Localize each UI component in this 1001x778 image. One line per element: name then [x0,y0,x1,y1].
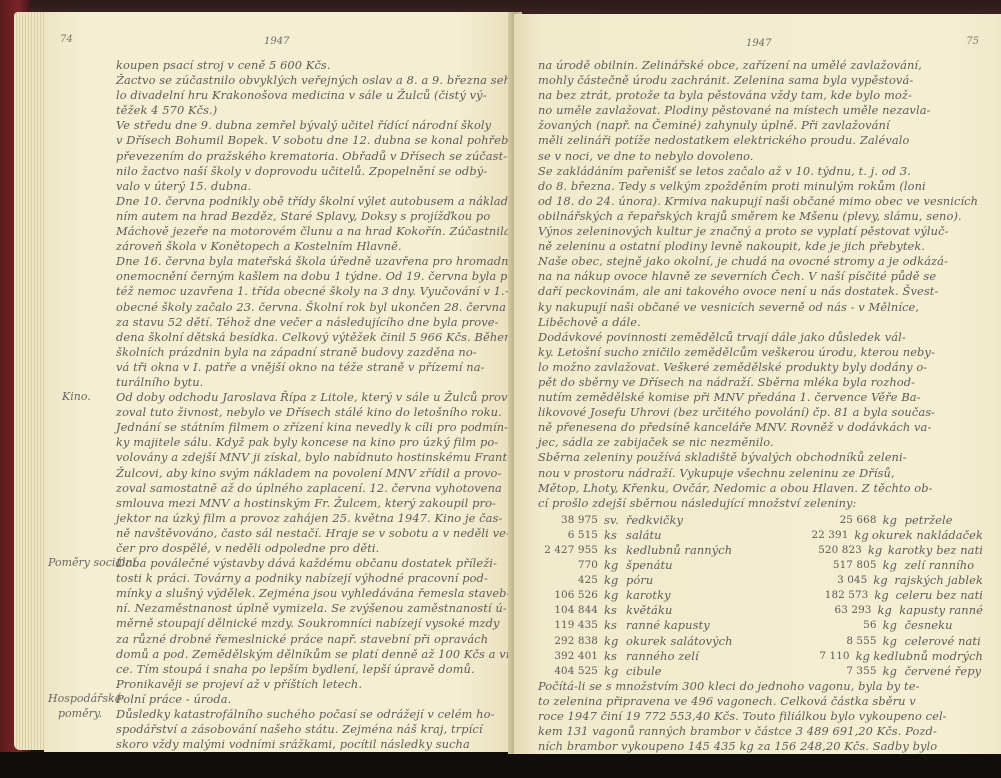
table-row: 392 401ksranného zelí7 110kgkedlubnů mod… [538,649,983,664]
vegetable-name: česneku [905,618,983,633]
unit-label: kg [604,664,626,679]
text-line: též nemoc uzavřena 1. třída obecné školy… [116,284,506,299]
table-cell-group: 119 435ksranné kapusty [538,618,757,633]
text-line: daří peckovinám, ale ani takového ovoce … [538,284,983,299]
text-line: nou v prostoru nádraží. Vykupuje všechnu… [538,466,983,481]
vegetable-name: okurek nakládaček [872,528,983,543]
text-line: obecné školy začalo 23. června. Školní r… [116,300,506,315]
text-line: za stavu 52 dětí. Téhož dne večer a násl… [116,315,506,330]
text-line: do 8. března. Tedy s velkým zpožděním pr… [538,179,983,194]
table-row: 119 435ksranné kapusty56kgčesneku [538,618,983,633]
quantity-value: 392 401 [538,649,604,664]
table-cell-group: 38 975sv.ředkvičky [538,513,757,528]
text-line: Máchově jezeře na motorovém člunu a na h… [116,224,506,239]
text-line: od 18. do 24. února). Krmiva nakupují na… [538,194,983,209]
quantity-value: 404 525 [538,664,604,679]
vegetable-name: salátu [626,528,753,543]
text-line: ním autem na hrad Bezděz, Staré Splavy, … [116,209,506,224]
table-cell-group: 7 355kgčervené řepy [757,664,983,679]
table-cell-group: 106 526kgkarotky [538,588,753,603]
text-line: na na nákup ovoce hlavně ze severních Če… [538,269,983,284]
unit-label: kg [604,573,626,588]
text-line: Výnos zeleninových kultur je značný a pr… [538,224,983,239]
text-line: školních prázdnin byla na západní straně… [116,345,506,360]
right-page: 75 1947 na úrodě obilnin. Zelinářské obc… [514,14,1001,754]
section-kino: Od doby odchodu Jaroslava Řípa z Litole,… [116,390,506,556]
table-cell-group: 56kgčesneku [757,618,983,633]
text-line: domů a pod. Zemědělským dělníkům se plat… [116,647,506,662]
text-line: Doba poválečné výstavby dává každému obč… [116,556,506,571]
vegetable-name: kedlubnů ranných [626,543,753,558]
margin-label-economic-1: Hospodářské [48,692,121,705]
unit-label: kg [868,543,888,558]
vegetable-name: kapusty ranné [899,603,983,618]
table-cell-group: 3 045kgrajských jablek [753,573,983,588]
text-line: na bez ztrát, protože ta byla pěstována … [538,88,983,103]
unit-label: kg [874,588,895,603]
unit-label: kg [883,618,905,633]
quantity-value: 517 805 [757,558,883,573]
text-line: roce 1947 činí 19 772 553,40 Kčs. Touto … [538,709,983,724]
text-line: ně přenesena do předsíně kanceláře MNV. … [538,420,983,435]
vegetable-name: červené řepy [905,664,983,679]
table-cell-group: 425kgpóru [538,573,753,588]
text-line: Žactvo se zúčastnilo obvyklých veřejných… [116,73,506,88]
table-cell-group: 770kgšpenátu [538,558,757,573]
table-row: 292 838kgokurek salátových8 555kgcelerov… [538,634,983,649]
quantity-value: 520 823 [753,543,868,558]
text-line: Naše obec, stejně jako okolní, je chudá … [538,254,983,269]
vegetable-name: kedlubnů modrých [873,649,983,664]
quantity-value: 22 391 [753,528,854,543]
text-line: volovány a zdejší MNV ji získal, bylo na… [116,450,506,465]
text-line: Mětop, Lhoty, Křenku, Ovčár, Nedomic a o… [538,481,983,496]
unit-label: kg [883,634,905,649]
table-cell-group: 392 401ksranného zelí [538,649,753,664]
table-row: 770kgšpenátu517 805kgzelí ranního [538,558,983,573]
text-line: obilnářských a řepařských krajů směrem k… [538,209,983,224]
text-line: smlouva mezi MNV a hostinským Fr. Žulcem… [116,496,506,511]
quantity-value: 182 573 [753,588,874,603]
table-row: 2 427 955kskedlubnů ranných520 823kgkaro… [538,543,983,558]
text-line: Žulcovi, aby kino svým nákladem na povol… [116,466,506,481]
text-line: jec, sádla ze zabijaček se nic nezměnilo… [538,435,983,450]
text-line: turálního bytu. [116,375,506,390]
text-line: Od doby odchodu Jaroslava Řípa z Litole,… [116,390,506,405]
background-table [0,752,1001,778]
text-line: lo divadelní hru Krakonošova medicina v … [116,88,506,103]
quantity-value: 38 975 [538,513,604,528]
table-cell-group: 104 844kskvětáku [538,603,753,618]
text-line: mohly částečně úrodu zachránit. Zelenina… [538,73,983,88]
text-line: čer pro dospělé, v neděli odpoledne pro … [116,541,506,556]
text-line: ně navštěvováno, často sál nestačí. Hraj… [116,526,506,541]
unit-label: ks [604,649,626,664]
margin-label-economic-2: poměry. [58,707,102,720]
text-line: pět do sběrny ve Dřísech na nádraží. Sbě… [538,375,983,390]
text-line: Dne 10. června podnikly obě třídy školní… [116,194,506,209]
unit-label: kg [873,573,894,588]
text-line: se v noci, ve dne to nebylo dovoleno. [538,149,983,164]
unit-label: kg [878,603,900,618]
text-line: za různé drobné řemeslnické práce např. … [116,632,506,647]
table-cell-group: 2 427 955kskedlubnů ranných [538,543,753,558]
text-line: Dodávkové povinnosti zemědělců trvají dá… [538,330,983,345]
quantity-value: 6 515 [538,528,604,543]
text-line: jektor na úzký film a provoz zahájen 25.… [116,511,506,526]
vegetable-name: ranného zelí [626,649,753,664]
quantity-value: 63 293 [753,603,878,618]
text-line: Liběchově a dále. [538,315,983,330]
quantity-value: 292 838 [538,634,604,649]
text-line: kem 131 vagonů ranných brambor v částce … [538,724,983,739]
table-cell-group: 517 805kgzelí ranního [757,558,983,573]
table-cell-group: 63 293kgkapusty ranné [753,603,983,618]
page-number: 75 [966,36,979,47]
text-line: Ve středu dne 9. dubna zemřel bývalý uči… [116,118,506,133]
vegetable-name: cibule [626,664,757,679]
text-line: nutím zemědělské komise při MNV předána … [538,390,983,405]
vegetable-name: karotky [626,588,753,603]
quantity-value: 104 844 [538,603,604,618]
text-line: to zelenina připravena ve 496 vagonech. … [538,694,983,709]
text-line: Pronikavěji se projeví až v příštích let… [116,677,506,692]
text-line: na úrodě obilnin. Zelinářské obce, zaříz… [538,58,983,73]
quantity-value: 425 [538,573,604,588]
text-line: měli zelináři potíže nedostatkem elektri… [538,133,983,148]
table-row: 106 526kgkarotky182 573kgceleru bez nati [538,588,983,603]
text-line: zoval tuto živnost, nebylo ve Dřísech st… [116,405,506,420]
text-line: onemocnění černým kašlem na dobu 1 týdne… [116,269,506,284]
vegetable-name: okurek salátových [626,634,757,649]
text-line: ce. Tím stoupá i snaha po lepším bydlení… [116,662,506,677]
page-year-heading: 1947 [746,38,771,49]
table-cell-group: 520 823kgkarotky bez nati [753,543,983,558]
vegetable-name: póru [626,573,753,588]
page-number: 74 [60,34,73,45]
unit-label: ks [604,543,626,558]
table-cell-group: 6 515kssalátu [538,528,753,543]
quantity-value: 7 355 [757,664,883,679]
text-line: žovaných (např. na Čeminé) zahynuly úpln… [538,118,983,133]
text-line: zoval samostatně až do úplného zaplacení… [116,481,506,496]
text-line: dena školní dětská besídka. Celkový výtě… [116,330,506,345]
unit-label: ks [604,603,626,618]
text-line: ních brambor vykoupeno 145 435 kg za 156… [538,739,983,754]
unit-label: sv. [604,513,626,528]
page-year-heading: 1947 [264,36,289,47]
table-cell-group: 292 838kgokurek salátových [538,634,757,649]
table-cell-group: 22 391kgokurek nakládaček [753,528,983,543]
unit-label: kg [883,664,905,679]
table-cell-group: 182 573kgceleru bez nati [753,588,983,603]
text-line: spodářství a zásobování našeho státu. Ze… [116,722,506,737]
text-line: skoro vždy malými vodními srážkami, pocí… [116,737,506,752]
quantity-value: 25 668 [757,513,883,528]
vegetable-quantities-table: 38 975sv.ředkvičky25 668kgpetržele6 515k… [538,513,983,679]
text-line: Sběrna zeleniny používá skladiště bývalý… [538,450,983,465]
quantity-value: 119 435 [538,618,604,633]
table-row: 38 975sv.ředkvičky25 668kgpetržele [538,513,983,528]
unit-label: kg [604,634,626,649]
vegetable-name: špenátu [626,558,757,573]
table-cell-group: 404 525kgcibule [538,664,757,679]
text-line: měrně stoupají dělnické mzdy. Soukromníc… [116,616,506,631]
vegetable-name: rajských jablek [894,573,983,588]
text-line: v Dřísech Bohumil Bopek. V sobotu dne 12… [116,133,506,148]
unit-label: kg [604,588,626,603]
margin-label-kino: Kino. [62,390,91,403]
unit-label: kg [854,528,872,543]
left-page-body: koupen psací stroj v ceně 5 600 Kčs. Žac… [116,58,506,752]
text-line: Polní práce - úroda. [116,692,506,707]
text-line: Jednání se státním filmem o zřízení kina… [116,420,506,435]
vegetable-name: zelí ranního [905,558,983,573]
text-line: ky majitele sálu. Když pak byly koncese … [116,435,506,450]
unit-label: kg [883,558,905,573]
table-row: 425kgpóru3 045kgrajských jablek [538,573,983,588]
text-line: ky nakupují naši občané ve vesnicích sev… [538,300,983,315]
unit-label: kg [604,558,626,573]
unit-label: ks [604,528,626,543]
vegetable-name: petržele [905,513,983,528]
text-line: tosti k práci. Továrny a podniky nabízej… [116,571,506,586]
margin-label-social: Poměry sociální. [48,556,140,569]
text-line: mínky a slušný výdělek. Zejména jsou vyh… [116,586,506,601]
table-row: 104 844kskvětáku63 293kgkapusty ranné [538,603,983,618]
text-line: ky. Letošní sucho zničilo zemědělcům veš… [538,345,983,360]
quantity-value: 7 110 [753,649,856,664]
quantity-value: 106 526 [538,588,604,603]
text-line: no uměle zavlažovat. Plodiny pěstované n… [538,103,983,118]
vegetable-name: celeru bez nati [896,588,983,603]
section-social-conditions: Doba poválečné výstavby dává každému obč… [116,556,506,692]
text-line: koupen psací stroj v ceně 5 600 Kčs. [116,58,506,73]
text-line: zároveň škola v Konětopech a Kostelním H… [116,239,506,254]
left-page: 74 1947 koupen psací stroj v ceně 5 600 … [44,12,514,752]
quantity-value: 3 045 [753,573,873,588]
text-line: likovové Josefu Uhrovi (bez určitého pov… [538,405,983,420]
text-line: ně zeleninu a ostatní plodiny levně nako… [538,239,983,254]
text-line: Se zakládáním pařenišť se letos začalo a… [538,164,983,179]
vegetable-name: karotky bez nati [888,543,983,558]
text-line: Dne 16. června byla mateřská škola úředn… [116,254,506,269]
text-line: vá tři okna v I. patře a vnější okno na … [116,360,506,375]
table-row: 404 525kgcibule7 355kgčervené řepy [538,664,983,679]
text-line: valo v úterý 15. dubna. [116,179,506,194]
vegetable-name: ranné kapusty [626,618,757,633]
unit-label: kg [856,649,874,664]
quantity-value: 770 [538,558,604,573]
section-economic-conditions: Polní práce - úroda. Důsledky katastrofá… [116,692,506,752]
text-line: Počítá-li se s množstvím 300 kleci do je… [538,679,983,694]
right-page-body: na úrodě obilnin. Zelinářské obce, zaříz… [538,58,983,754]
quantity-value: 2 427 955 [538,543,604,558]
unit-label: ks [604,618,626,633]
table-row: 6 515kssalátu22 391kgokurek nakládaček [538,528,983,543]
text-line: Důsledky katastrofálního suchého počasí … [116,707,506,722]
table-cell-group: 7 110kgkedlubnů modrých [753,649,983,664]
text-line: převezením do pražského krematoria. Obřa… [116,149,506,164]
quantity-value: 8 555 [757,634,883,649]
table-cell-group: 25 668kgpetržele [757,513,983,528]
unit-label: kg [883,513,905,528]
text-line: těžek 4 570 Kčs.) [116,103,506,118]
text-line: nilo žactvo naší školy v doprovodu učite… [116,164,506,179]
text-line: ní. Nezaměstnanost úplně vymizela. Se zv… [116,601,506,616]
vegetable-name: květáku [626,603,753,618]
vegetable-name: celerové nati [905,634,983,649]
table-cell-group: 8 555kgcelerové nati [757,634,983,649]
vegetable-name: ředkvičky [626,513,757,528]
quantity-value: 56 [757,618,883,633]
text-line: cí prošlo zdejší sběrnou následující mno… [538,496,983,511]
text-line: lo možno zavlažovat. Veškeré zemědělské … [538,360,983,375]
